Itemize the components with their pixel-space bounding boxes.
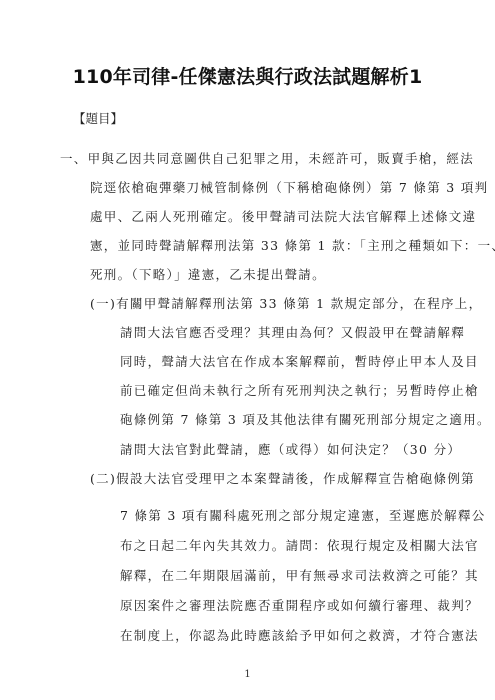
page-number: 1	[0, 669, 495, 680]
subquestion-2-line: 原因案件之審理法院應否重開程序或如何續行審理、裁判？	[120, 596, 479, 614]
subquestion-1-line: 請問大法官對此聲請，應（或得）如何決定？（30 分）	[120, 440, 461, 458]
subquestion-2-line: 在制度上，你認為此時應該給予甲如何之救濟，才符合憲法	[120, 626, 479, 644]
subquestion-2-line: 解釋，在二年期限屆滿前，甲有無尋求司法救濟之可能？其	[120, 566, 479, 584]
subquestion-1-line: (一)有關甲聲請解釋刑法第 33 條第 1 款規定部分，在程序上，	[90, 294, 482, 312]
subquestion-1-line: 砲條例第 7 條第 3 項及其他法律有關死刑部分規定之適用。	[120, 410, 491, 428]
document-title: 110年司律-任傑憲法與行政法試題解析1	[0, 62, 495, 89]
question-1-line: 憲，並同時聲請解釋刑法第 33 條第 1 款：「主刑之種類如下：一、	[90, 236, 495, 254]
subquestion-2-line: 布之日起二年內失其效力。請問：依現行規定及相關大法官	[120, 536, 479, 554]
question-1-line: 院逕依槍砲彈藥刀械管制條例（下稱槍砲條例）第 7 條第 3 項判	[90, 178, 488, 196]
question-1-line: 處甲、乙兩人死刑確定。後甲聲請司法院大法官解釋上述條文違	[90, 207, 476, 225]
document-page: 110年司律-任傑憲法與行政法試題解析1 【題目】 一、甲與乙因共同意圖供自己犯…	[0, 0, 495, 700]
question-1-line: 一、甲與乙因共同意圖供自己犯罪之用，未經許可，販賣手槍，經法	[60, 149, 474, 167]
question-1-line: 死刑。（下略）」違憲，乙未提出聲請。	[90, 265, 326, 283]
subquestion-1-line: 請問大法官應否受理？其理由為何？又假設甲在聲請解釋	[120, 323, 465, 341]
subquestion-2-line: (二)假設大法官受理甲之本案聲請後，作成解釋宣告槍砲條例第	[90, 469, 475, 487]
subquestion-1-line: 同時，聲請大法官在作成本案解釋前，暫時停止甲本人及目	[120, 352, 479, 370]
subquestion-1-line: 前已確定但尚未執行之所有死刑判決之執行；另暫時停止槍	[120, 381, 479, 399]
section-label-question: 【題目】	[73, 109, 123, 127]
subquestion-2-line: 7 條第 3 項有關科處死刑之部分規定違憲，至遲應於解釋公	[120, 506, 486, 524]
